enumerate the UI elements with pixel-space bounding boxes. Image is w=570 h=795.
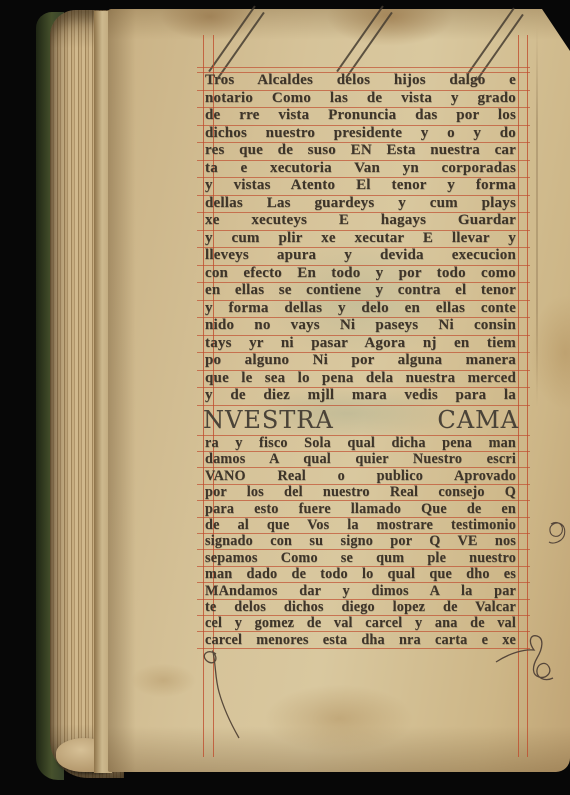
bottom-right-paraph [496,636,553,680]
manuscript-photo: { "document": { "kind": "illuminated-man… [0,0,570,795]
pen-flourishes [108,9,570,772]
parchment-page: Tros Alcaldes delos hijos dalgo enotario… [108,9,570,772]
bottom-left-flourish [204,652,239,738]
right-margin-curl [549,523,565,543]
photo-scene: Tros Alcaldes delos hijos dalgo enotario… [0,0,570,795]
